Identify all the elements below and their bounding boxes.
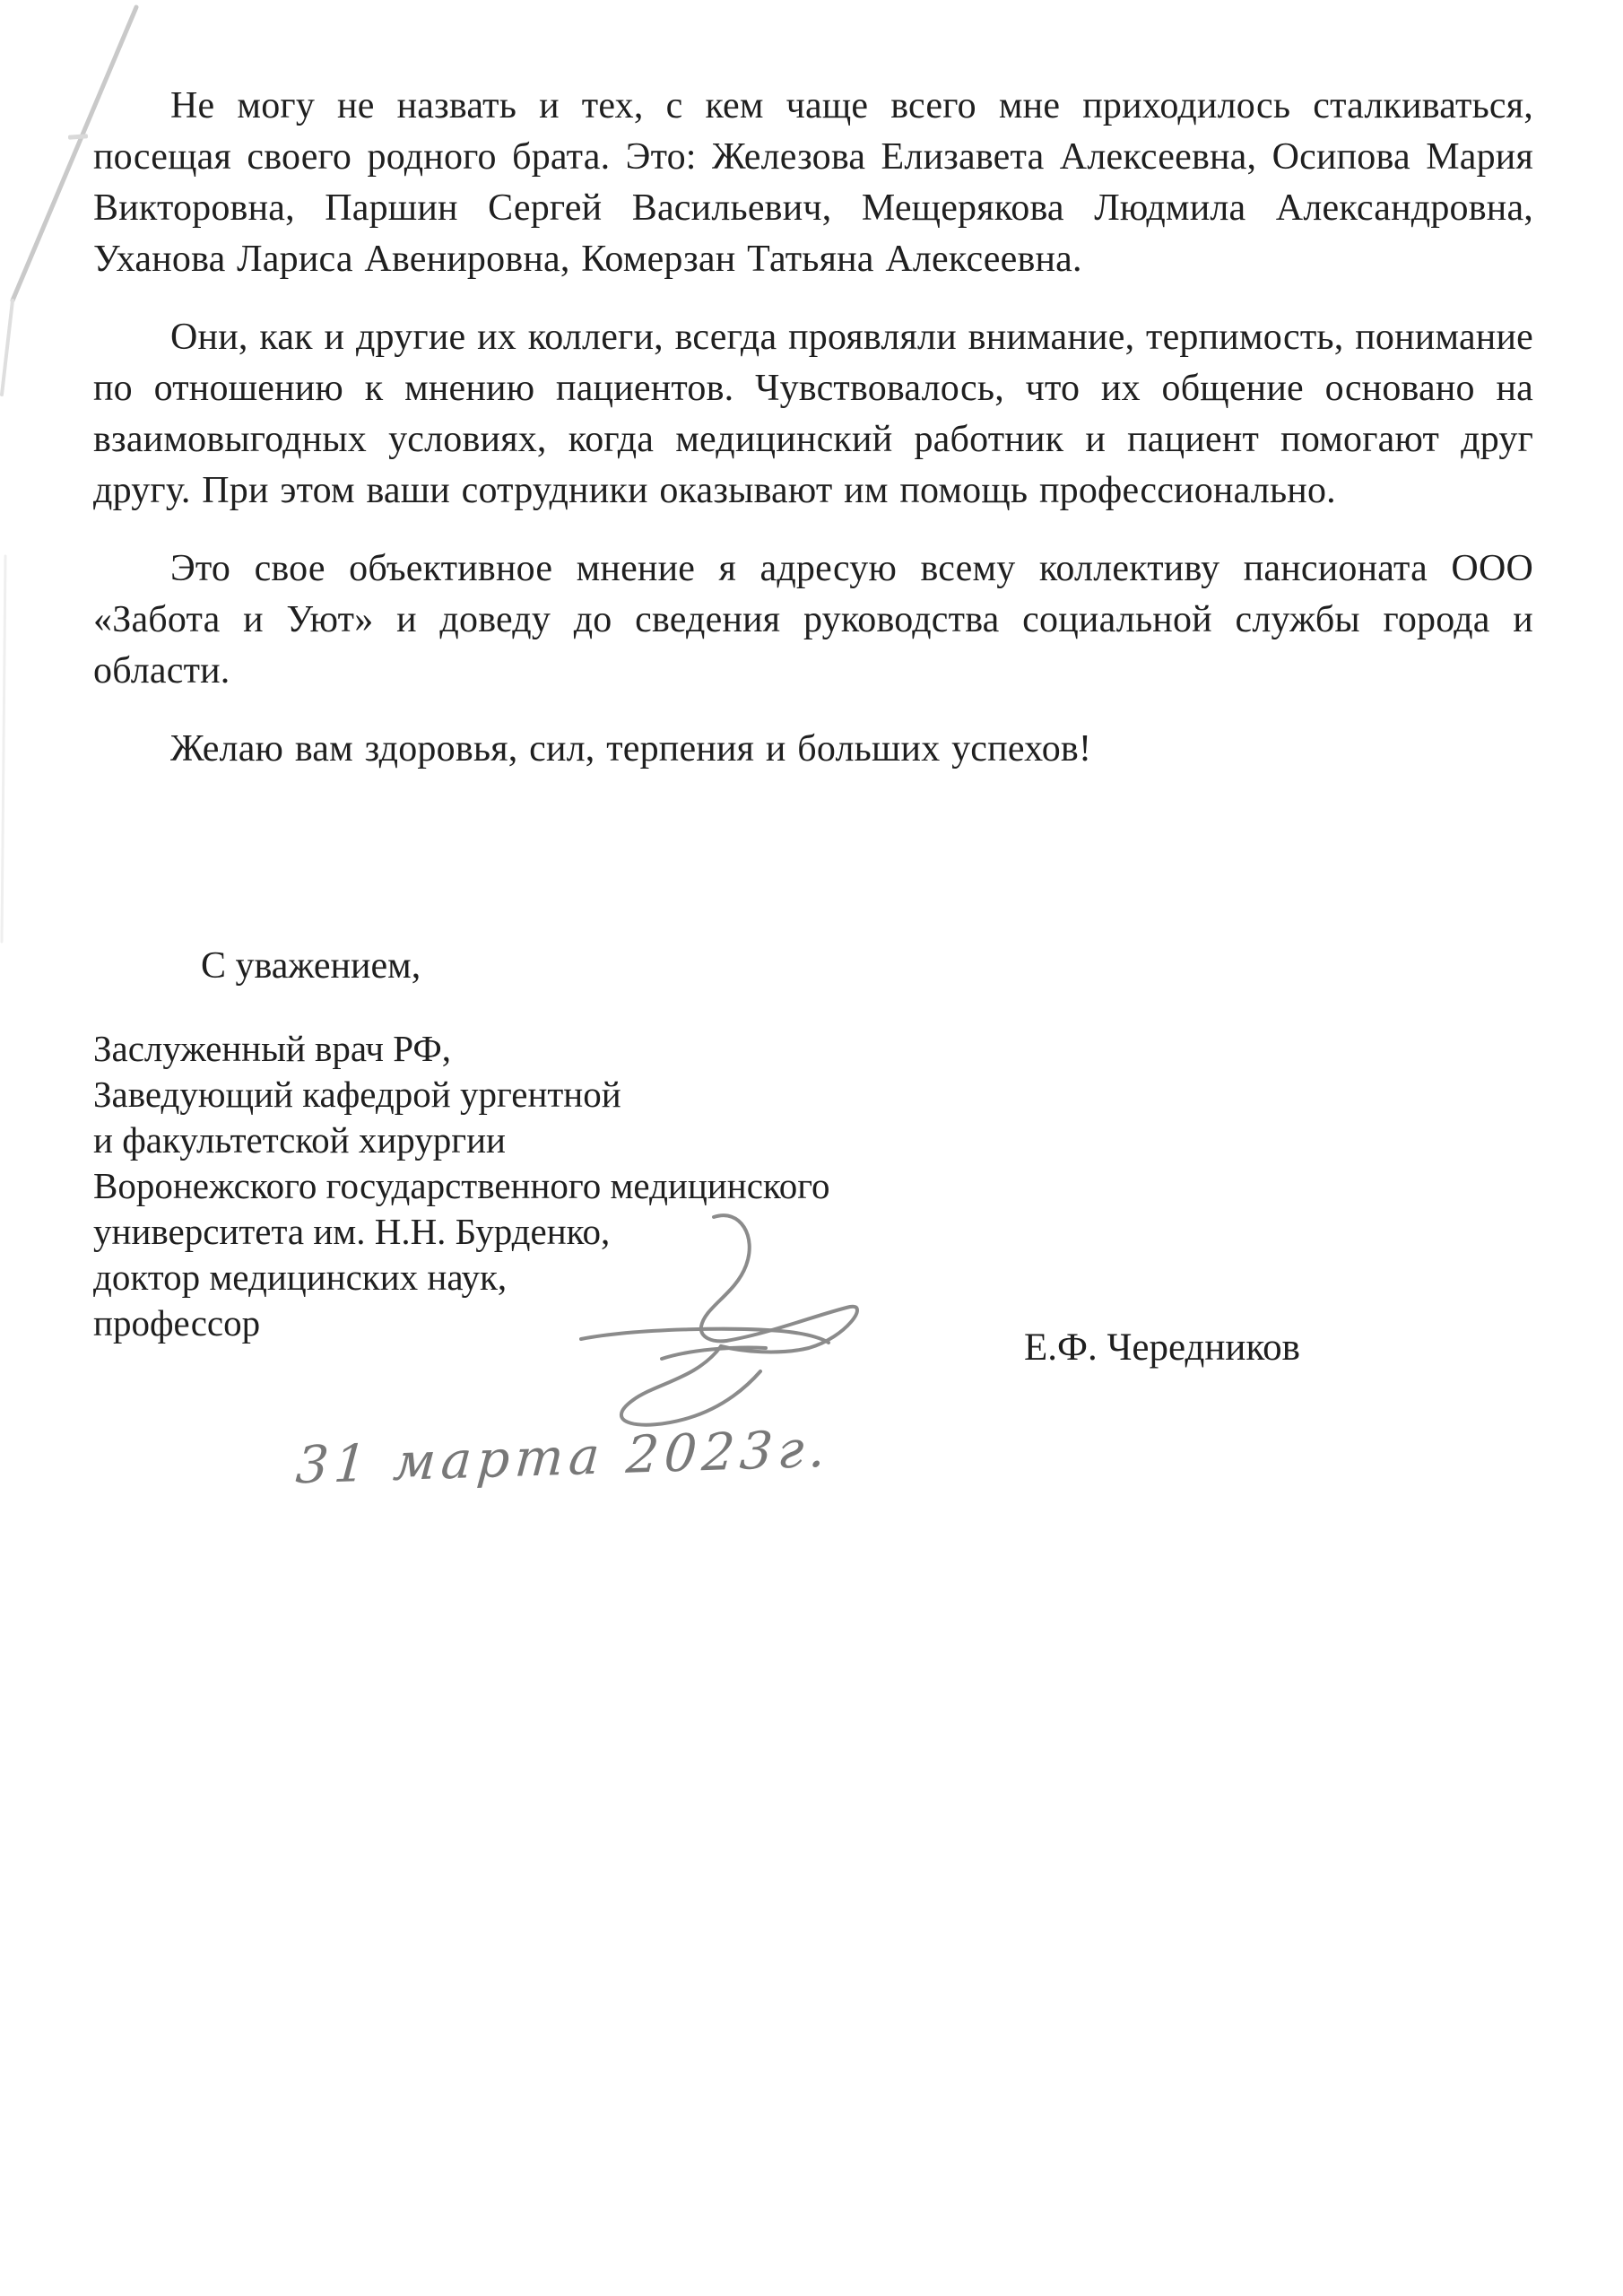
signatory-name: Е.Ф. Чередников [1024, 1326, 1300, 1370]
scanned-letter-page: Не могу не назвать и тех, с кем чаще все… [0, 0, 1623, 2296]
handwritten-date: 31 марта 2023г. [294, 1420, 833, 1496]
signature-block-line: Заслуженный врач РФ, [93, 1026, 1533, 1072]
paragraph-opinion: Это свое объективное мнение я адресую вс… [93, 544, 1533, 697]
closing-salutation: С уважением, [93, 941, 1533, 992]
paragraph-wish: Желаю вам здоровья, сил, терпения и боль… [93, 724, 1533, 775]
paragraph-colleagues: Не могу не назвать и тех, с кем чаще все… [93, 81, 1533, 285]
signature-block-line: Заведующий кафедрой ургентной [93, 1072, 1533, 1118]
handwritten-signature-icon [554, 1206, 877, 1448]
signature-block-line: и факультетской хирургии [93, 1118, 1533, 1163]
paragraph-attitude: Они, как и другие их коллеги, всегда про… [93, 312, 1533, 517]
signature-block-line: Воронежского государственного медицинско… [93, 1163, 1533, 1209]
scan-speck [68, 134, 88, 140]
letter-body: Не могу не назвать и тех, с кем чаще все… [93, 81, 1533, 1346]
